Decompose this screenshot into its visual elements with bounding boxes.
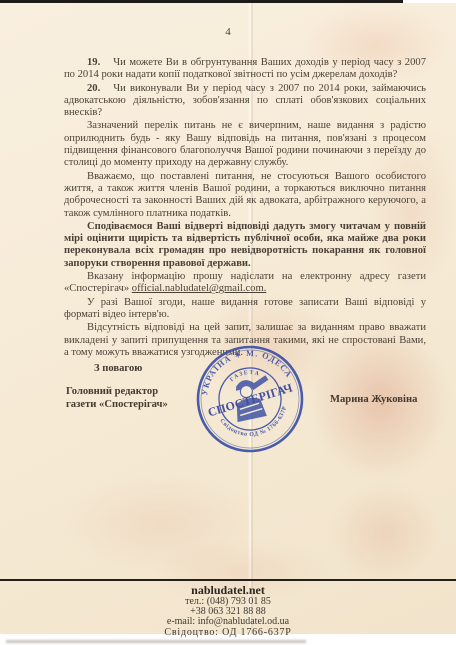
question-19: 19.Чи можете Ви в обгрунтування Ваших до… (64, 57, 426, 82)
paragraph-consider: Вважаємо, що поставлені питання, не стос… (64, 171, 426, 220)
paper-sheet: 4 19.Чи можете Ви в обгрунтування Ваших … (0, 3, 456, 634)
footer-certificate: Свідоцтво: ОД 1766-637Р (0, 628, 456, 638)
scan-shadow-bottom (6, 640, 306, 643)
scanned-letter-page: 4 19.Чи можете Ви в обгрунтування Ваших … (0, 0, 456, 645)
question-19-number: 19. (87, 57, 100, 68)
paragraph-open: Зазначений перелік питань не є вичерпним… (64, 120, 426, 169)
paragraph-hope: Сподіваємося Ваші відверті відповіді дад… (64, 221, 426, 270)
question-20: 20.Чи виконували Ви у період часу з 2007… (64, 83, 426, 120)
stamp-graphic: УКРАЇНА ✶ М. ОДЕСА Свідоцтво ОД № 1766-6… (184, 333, 317, 466)
sender-title-line1: Головний редактор (66, 385, 168, 398)
contact-email-link: official.nabludatel@gmail.com. (132, 283, 267, 294)
salutation: З повагою (94, 363, 142, 374)
sender-title: Головний редактор газети «Спостерігач» (66, 385, 168, 411)
letter-paragraphs: 19.Чи можете Ви в обгрунтування Ваших до… (0, 57, 456, 359)
signature-block: З повагою Головний редактор газети «Спос… (0, 341, 456, 571)
paragraph-video: У разі Вашої згоди, наше видання готове … (64, 297, 426, 322)
sender-name: Марина Жуковіна (330, 394, 417, 405)
sender-title-line2: газети «Спостерігач» (66, 398, 168, 411)
question-20-number: 20. (87, 83, 100, 94)
newspaper-footer: nabludatel.net тел.: (048) 793 01 85 +38… (0, 579, 456, 638)
letter-body: 4 19.Чи можете Ви в обгрунтування Ваших … (0, 3, 456, 360)
question-19-text: Чи можете Ви в обгрунтування Ваших доход… (64, 57, 426, 80)
scan-edge-top (0, 0, 403, 3)
newspaper-round-stamp: УКРАЇНА ✶ М. ОДЕСА Свідоцтво ОД № 1766-6… (184, 333, 317, 466)
question-20-text: Чи виконували Ви у період часу з 2007 по… (64, 83, 426, 119)
footer-divider (0, 579, 456, 581)
paragraph-send: Вказану інформацію прошу надіслати на ел… (64, 271, 426, 296)
page-number: 4 (0, 26, 456, 38)
footer-website: nabludatel.net (0, 583, 456, 597)
